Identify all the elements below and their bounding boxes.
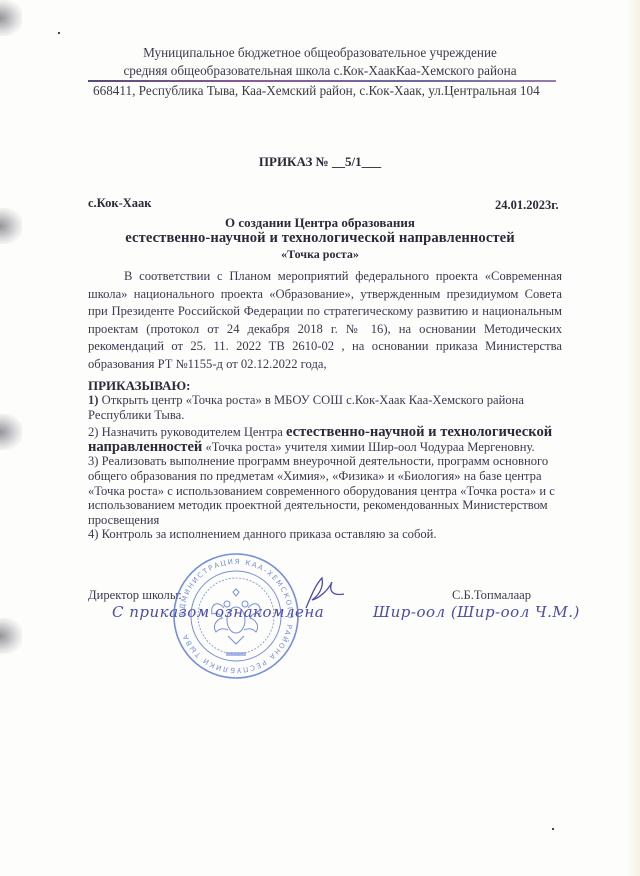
- subject-line2: естественно-научной и технологической на…: [0, 230, 640, 247]
- org-name-line2: средняя общеобразовательная школа с.Кок-…: [0, 63, 640, 79]
- org-name-line1: Муниципальное бюджетное общеобразователь…: [0, 45, 640, 61]
- scan-speck: [58, 32, 60, 34]
- item-text: Контроль за исполнением данного приказа …: [99, 527, 437, 541]
- stamp-ring-text: АДМИНИСТРАЦИЯ КАА-ХЕМСКОГО РАЙОНА РЕСПУБ…: [178, 558, 294, 674]
- order-items: ПРИКАЗЫВАЮ: 1) Открыть центр «Точка рост…: [88, 379, 568, 542]
- document-page: Муниципальное бюджетное общеобразователь…: [0, 0, 640, 876]
- item-text: Реализовать выполнение программ внеурочн…: [88, 454, 555, 526]
- item-number: 3): [88, 454, 99, 468]
- item-text: Назначить руководителем Центра: [99, 425, 286, 439]
- order-item-2: 2) Назначить руководителем Центра естест…: [88, 425, 568, 454]
- item-number: 1): [88, 393, 99, 407]
- subject-line1: О создании Центра образования: [0, 215, 640, 231]
- item-number: 2): [88, 425, 99, 439]
- director-signature-icon: [298, 570, 348, 612]
- binder-hole-shadow: [0, 0, 22, 36]
- order-command: ПРИКАЗЫВАЮ:: [88, 379, 568, 393]
- order-item-3: 3) Реализовать выполнение программ внеур…: [88, 454, 568, 527]
- signature-position: Директор школы:: [88, 588, 182, 603]
- order-item-1: 1) Открыть центр «Точка роста» в МБОУ СО…: [88, 393, 568, 422]
- scan-speck: [552, 828, 554, 830]
- signature-name: С.Б.Топмалаар: [452, 588, 531, 603]
- handwritten-signature: Шир-оол (Шир-оол Ч.М.): [373, 603, 580, 621]
- subject-line3: «Точка роста»: [0, 247, 640, 262]
- paper-edge: [626, 0, 640, 876]
- org-address: 668411, Республика Тыва, Каа-Хемский рай…: [93, 83, 540, 99]
- preamble-text: В соответствии с Планом мероприятий феде…: [88, 268, 562, 374]
- svg-text:АДМИНИСТРАЦИЯ КАА-ХЕМСКОГО РАЙ: АДМИНИСТРАЦИЯ КАА-ХЕМСКОГО РАЙОНА РЕСПУБ…: [178, 558, 294, 674]
- order-date: 24.01.2023г.: [495, 198, 559, 213]
- order-title: ПРИКАЗ № __5/1___: [0, 154, 640, 170]
- preamble: В соответствии с Планом мероприятий феде…: [88, 268, 562, 374]
- order-place: с.Кок-Хаак: [88, 196, 151, 211]
- letterhead-rule: [88, 80, 556, 82]
- item-text: «Точка роста» учителя химии Шир-оол Чоду…: [202, 440, 534, 454]
- binder-hole-shadow: [0, 414, 22, 450]
- item-number: 4): [88, 527, 99, 541]
- item-text: Открыть центр «Точка роста» в МБОУ СОШ с…: [88, 393, 524, 422]
- binder-hole-shadow: [0, 618, 22, 654]
- order-item-4: 4) Контроль за исполнением данного прика…: [88, 527, 568, 542]
- official-stamp-icon: АДМИНИСТРАЦИЯ КАА-ХЕМСКОГО РАЙОНА РЕСПУБ…: [172, 552, 300, 680]
